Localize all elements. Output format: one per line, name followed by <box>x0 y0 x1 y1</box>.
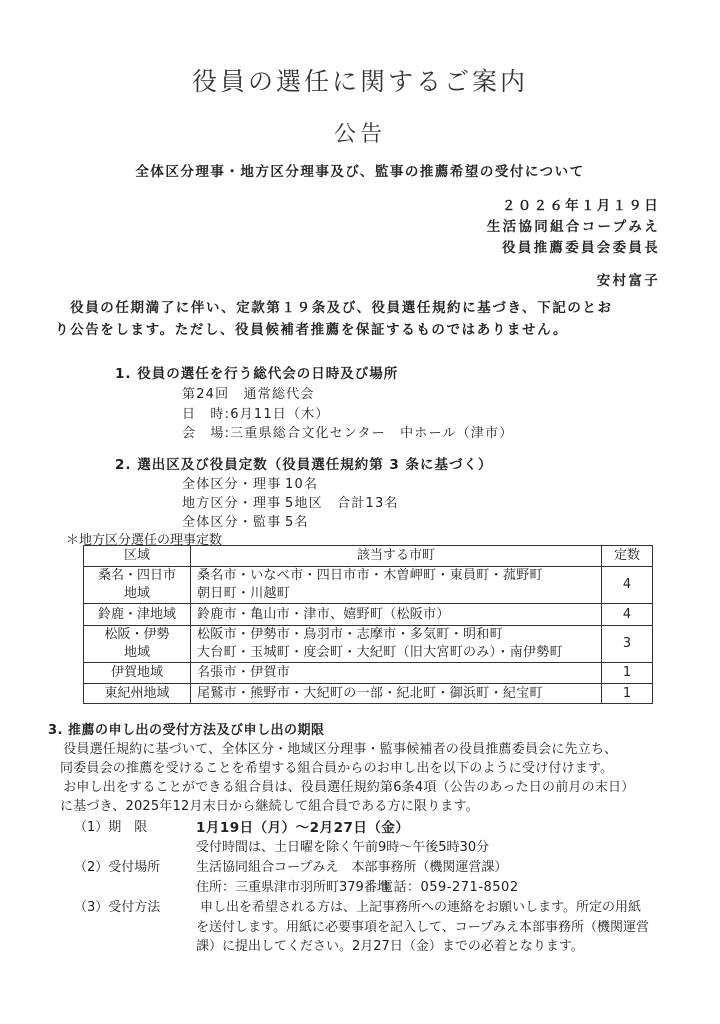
document-title: 役員の選任に関するご案内 <box>0 62 720 98</box>
issuer-name: 安村富子 <box>597 269 660 289</box>
location-address: 住所：三重県津市羽所町379番地 <box>196 876 390 895</box>
section3-p2-line2: に基づき、2025年12月末日から継続して組合員である方に限ります。 <box>60 795 479 814</box>
cities-cell: 桑名市・いなべ市・四日市市・木曽岬町・東員町・菰野町朝日町・川越町 <box>191 567 602 604</box>
table-row: 鈴鹿・津地域 鈴鹿市・亀山市・津市、嬉野町（松阪市） 4 <box>84 604 653 626</box>
table-row: 東紀州地域 尾鷲市・熊野市・大紀町の一部・紀北町・御浜町・紀宝町 1 <box>84 684 653 704</box>
meeting-venue: 会 場:三重県総合文化センター 中ホール（津市） <box>182 422 513 441</box>
section2-heading: 2. 選出区及び役員定数（役員選任規約第 3 条に基づく） <box>115 453 493 473</box>
document-subtitle: 全体区分理事・地方区分理事及び、監事の推薦希望の受付について <box>0 160 720 180</box>
location-office: 生活協同組合コープみえ 本部事務所（機関運営課） <box>196 856 507 875</box>
region-cell: 鈴鹿・津地域 <box>84 604 191 626</box>
header-region: 区域 <box>84 546 191 567</box>
table-row: 桑名・四日市地域 桑名市・いなべ市・四日市市・木曽岬町・東員町・菰野町朝日町・川… <box>84 567 653 604</box>
quota-label-3: 全体区分・監事 <box>182 511 281 530</box>
header-count: 定数 <box>602 546 653 567</box>
quota-value-2: 5地区 合計13名 <box>285 492 399 511</box>
method-label: （3）受付方法 <box>74 896 160 915</box>
cities-cell: 尾鷲市・熊野市・大紀町の一部・紀北町・御浜町・紀宝町 <box>191 684 602 704</box>
header-cities: 該当する市町 <box>191 546 602 567</box>
method-line1: 申し出を希望される方は、上記事務所への連絡をお願いします。所定の用紙 <box>200 896 641 915</box>
datetime-label: 日 時 <box>182 407 225 422</box>
cities-cell: 鈴鹿市・亀山市・津市、嬉野町（松阪市） <box>191 604 602 626</box>
cities-cell: 松阪市・伊勢市・鳥羽市・志摩市・多気町・明和町大台町・玉城町・度会町・大紀町（旧… <box>191 626 602 663</box>
venue-label: 会 場 <box>182 426 225 441</box>
section3-p2-line1: お申し出をすることができる組合員は、役員選任規約第6条4項（公告のあった日の前月… <box>50 776 634 795</box>
section3-p1-line1: 役員選任規約に基づいて、全体区分・地域区分理事・監事候補者の役員推薦委員会に先立… <box>50 738 617 757</box>
region-cell: 松阪・伊勢地域 <box>84 626 191 663</box>
reception-hours: 受付時間は、土日曜を除く午前9時～午後5時30分 <box>196 836 489 855</box>
quota-label-1: 全体区分・理事 <box>182 473 281 492</box>
quota-value-1: 10名 <box>285 473 318 492</box>
region-cell: 東紀州地域 <box>84 684 191 704</box>
issuer-organization: 生活協同組合コープみえ <box>487 215 660 235</box>
table-row: 松阪・伊勢地域 松阪市・伊勢市・鳥羽市・志摩市・多気町・明和町大台町・玉城町・度… <box>84 626 653 663</box>
cities-cell: 名張市・伊賀市 <box>191 663 602 684</box>
section1-heading: 1. 役員の選任を行う総代会の日時及び場所 <box>115 362 398 382</box>
location-phone: 電話：059-271-8502 <box>380 876 519 895</box>
table-row: 伊賀地域 名張市・伊賀市 1 <box>84 663 653 684</box>
count-cell: 4 <box>602 567 653 604</box>
quota-label-2: 地方区分・理事 <box>182 492 281 511</box>
section3-heading: 3. 推薦の申し出の受付方法及び申し出の期限 <box>48 719 325 738</box>
issuer-committee: 役員推薦委員会委員長 <box>502 236 660 256</box>
method-line2: を送付します。用紙に必要事項を記入して、コープみえ本部事務所（機関運営 <box>196 916 649 935</box>
issue-date: ２０２６年１月１９日 <box>502 194 660 214</box>
meeting-datetime: 日 時:6月11日（木） <box>182 403 330 422</box>
region-cell: 桑名・四日市地域 <box>84 567 191 604</box>
section3-p1-line2: 同委員会の推薦を受けることを希望する組合員からのお申し出を以下のように受け付けま… <box>60 757 613 776</box>
datetime-value: :6月11日（木） <box>225 407 330 422</box>
regional-quota-table: 区域 該当する市町 定数 桑名・四日市地域 桑名市・いなべ市・四日市市・木曽岬町… <box>83 545 653 704</box>
count-cell: 1 <box>602 684 653 704</box>
deadline-period: 1月19日（月）～2月27日（金） <box>196 816 409 836</box>
quota-value-3: 5名 <box>285 511 309 530</box>
deadline-label: （1）期 限 <box>74 816 147 835</box>
count-cell: 1 <box>602 663 653 684</box>
venue-value: :三重県総合文化センター 中ホール（津市） <box>225 426 514 441</box>
count-cell: 3 <box>602 626 653 663</box>
count-cell: 4 <box>602 604 653 626</box>
table-header-row: 区域 該当する市町 定数 <box>84 546 653 567</box>
intro-line-2: り公告をします。ただし、役員候補者推薦を保証するものではありません。 <box>55 320 568 340</box>
method-line3: 課）に提出してください。2月27日（金）までの必着となります。 <box>196 935 584 954</box>
meeting-name: 第24回 通常総代会 <box>182 383 315 402</box>
location-label: （2）受付場所 <box>74 856 160 875</box>
region-cell: 伊賀地域 <box>84 663 191 684</box>
intro-line-1: 役員の任期満了に伴い、定款第１９条及び、役員選任規約に基づき、下記のとお <box>55 298 613 318</box>
notice-label: 公告 <box>0 117 720 148</box>
